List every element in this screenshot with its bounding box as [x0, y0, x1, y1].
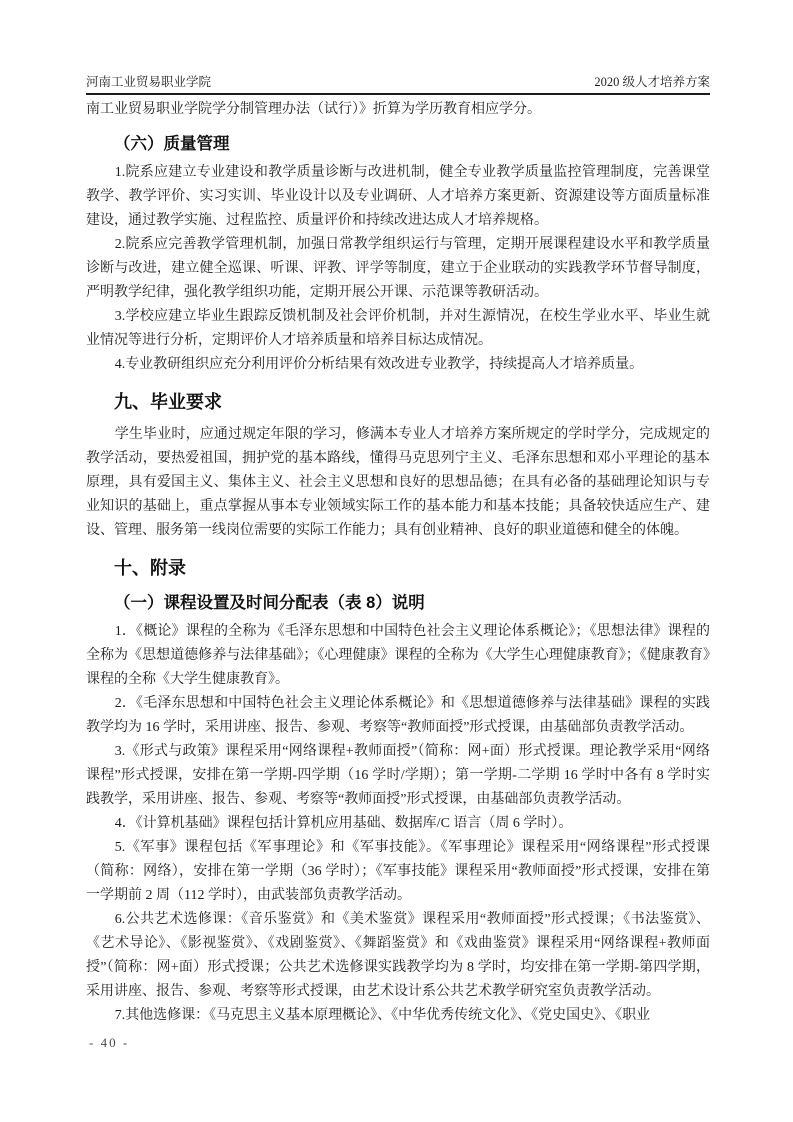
- page-number: - 40 -: [89, 1035, 129, 1050]
- para-note-7: 7.其他选修课：《马克思主义基本原理概论》、《中华优秀传统文化》、《党史国史》、…: [86, 1004, 710, 1028]
- heading-graduation-requirements: 九、毕业要求: [86, 389, 710, 415]
- heading-quality-management: （六）质量管理: [86, 132, 710, 156]
- para-quality-4: 4.专业教研组织应充分利用评价分析结果有效改进专业教学，持续提高人才培养质量。: [86, 353, 710, 377]
- para-quality-3: 3.学校应建立毕业生跟踪反馈机制及社会评价机制，并对生源情况，在校生学业水平、毕…: [86, 305, 710, 353]
- para-note-3: 3.《形式与政策》课程采用“网络课程+教师面授”（简称：网+面）形式授课。理论教…: [86, 740, 710, 812]
- para-note-2: 2．《毛泽东思想和中国特色社会主义理论体系概论》和《思想道德修养与法律基础》课程…: [86, 692, 710, 740]
- document-body: 南工业贸易职业学院学分制管理办法（试行）》折算为学历教育相应学分。（六）质量管理…: [86, 98, 710, 1028]
- para-note-4: 4．《计算机基础》课程包括计算机应用基础、数据库/C 语言（周 6 学时）。: [86, 812, 710, 836]
- para-quality-1: 1.院系应建立专业建设和教学质量诊断与改进机制，健全专业教学质量监控管理制度，完…: [86, 161, 710, 233]
- page-footer: - 40 -: [89, 1035, 129, 1051]
- page-header: 河南工业贸易职业学院 2020 级人才培养方案: [86, 75, 710, 95]
- para-graduation: 学生毕业时，应通过规定年限的学习，修满本专业人才培养方案所规定的学时学分，完成规…: [86, 423, 710, 543]
- para-note-6: 6.公共艺术选修课：《音乐鉴赏》和《美术鉴赏》课程采用“教师面授”形式授课；《书…: [86, 908, 710, 1004]
- header-school-name: 河南工业贸易职业学院: [86, 75, 211, 90]
- para-quality-2: 2.院系应完善教学管理机制，加强日常教学组织运行与管理，定期开展课程建设水平和教…: [86, 233, 710, 305]
- para-credit-conversion: 南工业贸易职业学院学分制管理办法（试行）》折算为学历教育相应学分。: [86, 98, 710, 122]
- document-page: 河南工业贸易职业学院 2020 级人才培养方案 南工业贸易职业学院学分制管理办法…: [0, 0, 793, 1122]
- para-note-5: 5.《军事》课程包括《军事理论》和《军事技能》。《军事理论》课程采用“网络课程”…: [86, 836, 710, 908]
- heading-appendix: 十、附录: [86, 555, 710, 581]
- heading-course-table-notes: （一）课程设置及时间分配表（表 8）说明: [86, 591, 710, 615]
- header-doc-title: 2020 级人才培养方案: [594, 75, 710, 90]
- para-note-1: 1．《概论》课程的全称为《毛泽东思想和中国特色社会主义理论体系概论》；《思想法律…: [86, 620, 710, 692]
